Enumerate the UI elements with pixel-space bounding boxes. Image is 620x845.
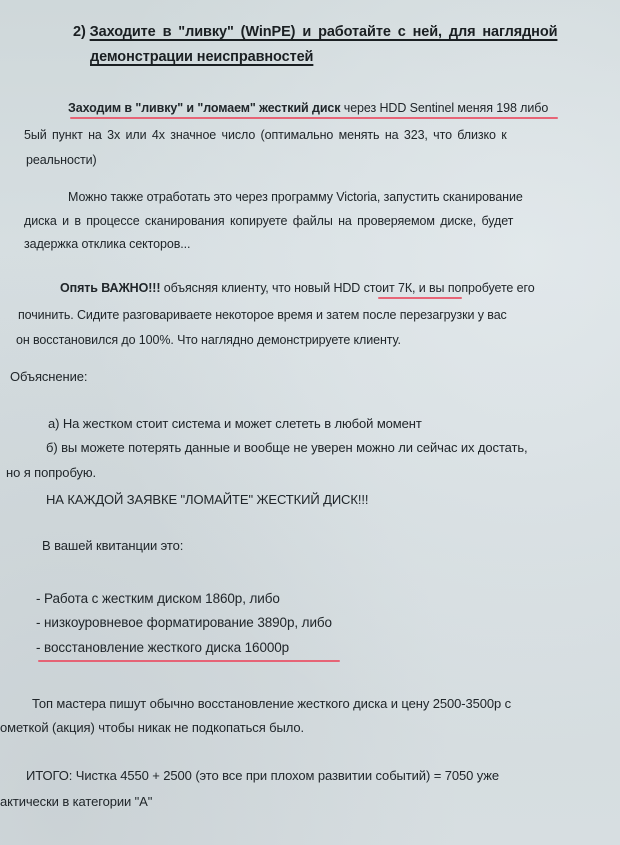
receipt-item-2: - низкоуровневое форматирование 3890р, л… [36, 615, 332, 630]
explanation-item-b-line2: но я попробую. [6, 465, 96, 480]
document-page: 2) Заходите в "ливку" (WinPE) и работайт… [0, 0, 620, 845]
caps-note: НА КАЖДОЙ ЗАЯВКЕ "ЛОМАЙТЕ" ЖЕСТКИЙ ДИСК!… [46, 492, 368, 507]
paragraph3-highlight: HDD стоит 7К, [333, 281, 415, 295]
explanation-label: Объяснение: [10, 369, 87, 384]
paragraph3-bold-lead: Опять ВАЖНО!!! [60, 281, 160, 295]
paragraph2-line1: Можно также отработать это через програм… [68, 190, 523, 204]
paragraph4-line2: ометкой (акция) чтобы никак не подкопать… [0, 720, 304, 735]
section-heading-line2: демонстрации неисправностей [90, 49, 313, 65]
paragraph3-text-a: объясняя клиенту, что новый [160, 281, 333, 295]
paragraph3-text-b: и вы попробуете его [415, 281, 534, 295]
paragraph2-line2: диска и в процессе сканирования копирует… [24, 214, 513, 228]
paragraph1-line3: реальности) [26, 153, 97, 167]
red-marker-underline-1 [70, 117, 558, 119]
paragraph1-bold-lead: Заходим в "ливку" и "ломаем" жесткий дис… [68, 101, 340, 115]
paragraph3-line3: он восстановился до 100%. Что наглядно д… [16, 333, 401, 347]
section-title-line2: демонстрации неисправностей [90, 49, 313, 65]
paragraph3-line1: Опять ВАЖНО!!! объясняя клиенту, что нов… [60, 281, 535, 295]
total-line2: актически в категории "А" [0, 794, 152, 809]
paragraph4-line1: Топ мастера пишут обычно восстановление … [32, 696, 511, 711]
receipt-label: В вашей квитанции это: [42, 538, 183, 553]
section-heading-line1: 2) Заходите в "ливку" (WinPE) и работайт… [73, 24, 557, 40]
paragraph1-line1: Заходим в "ливку" и "ломаем" жесткий дис… [68, 101, 548, 115]
explanation-item-a: а) На жестком стоит система и может слет… [48, 416, 422, 431]
paragraph3-line2: починить. Сидите разговариваете некоторо… [18, 308, 507, 322]
receipt-item-1: - Работа с жестким диском 1860р, либо [36, 591, 280, 606]
receipt-item-3: - восстановление жесткого диска 16000р [36, 640, 289, 655]
total-line1: ИТОГО: Чистка 4550 + 2500 (это все при п… [26, 768, 499, 783]
explanation-item-b-line1: б) вы можете потерять данные и вообще не… [46, 440, 528, 455]
section-number: 2) [73, 24, 86, 40]
paragraph1-rest: через HDD Sentinel меняя 198 либо [340, 101, 548, 115]
paragraph1-line2: 5ый пункт на 3х или 4х значное число (оп… [24, 128, 507, 142]
section-title-line1: Заходите в "ливку" (WinPE) и работайте с… [90, 24, 558, 40]
red-marker-underline-2 [378, 297, 462, 299]
paragraph2-line3: задержка отклика секторов... [24, 237, 190, 251]
red-marker-underline-3 [38, 660, 340, 662]
